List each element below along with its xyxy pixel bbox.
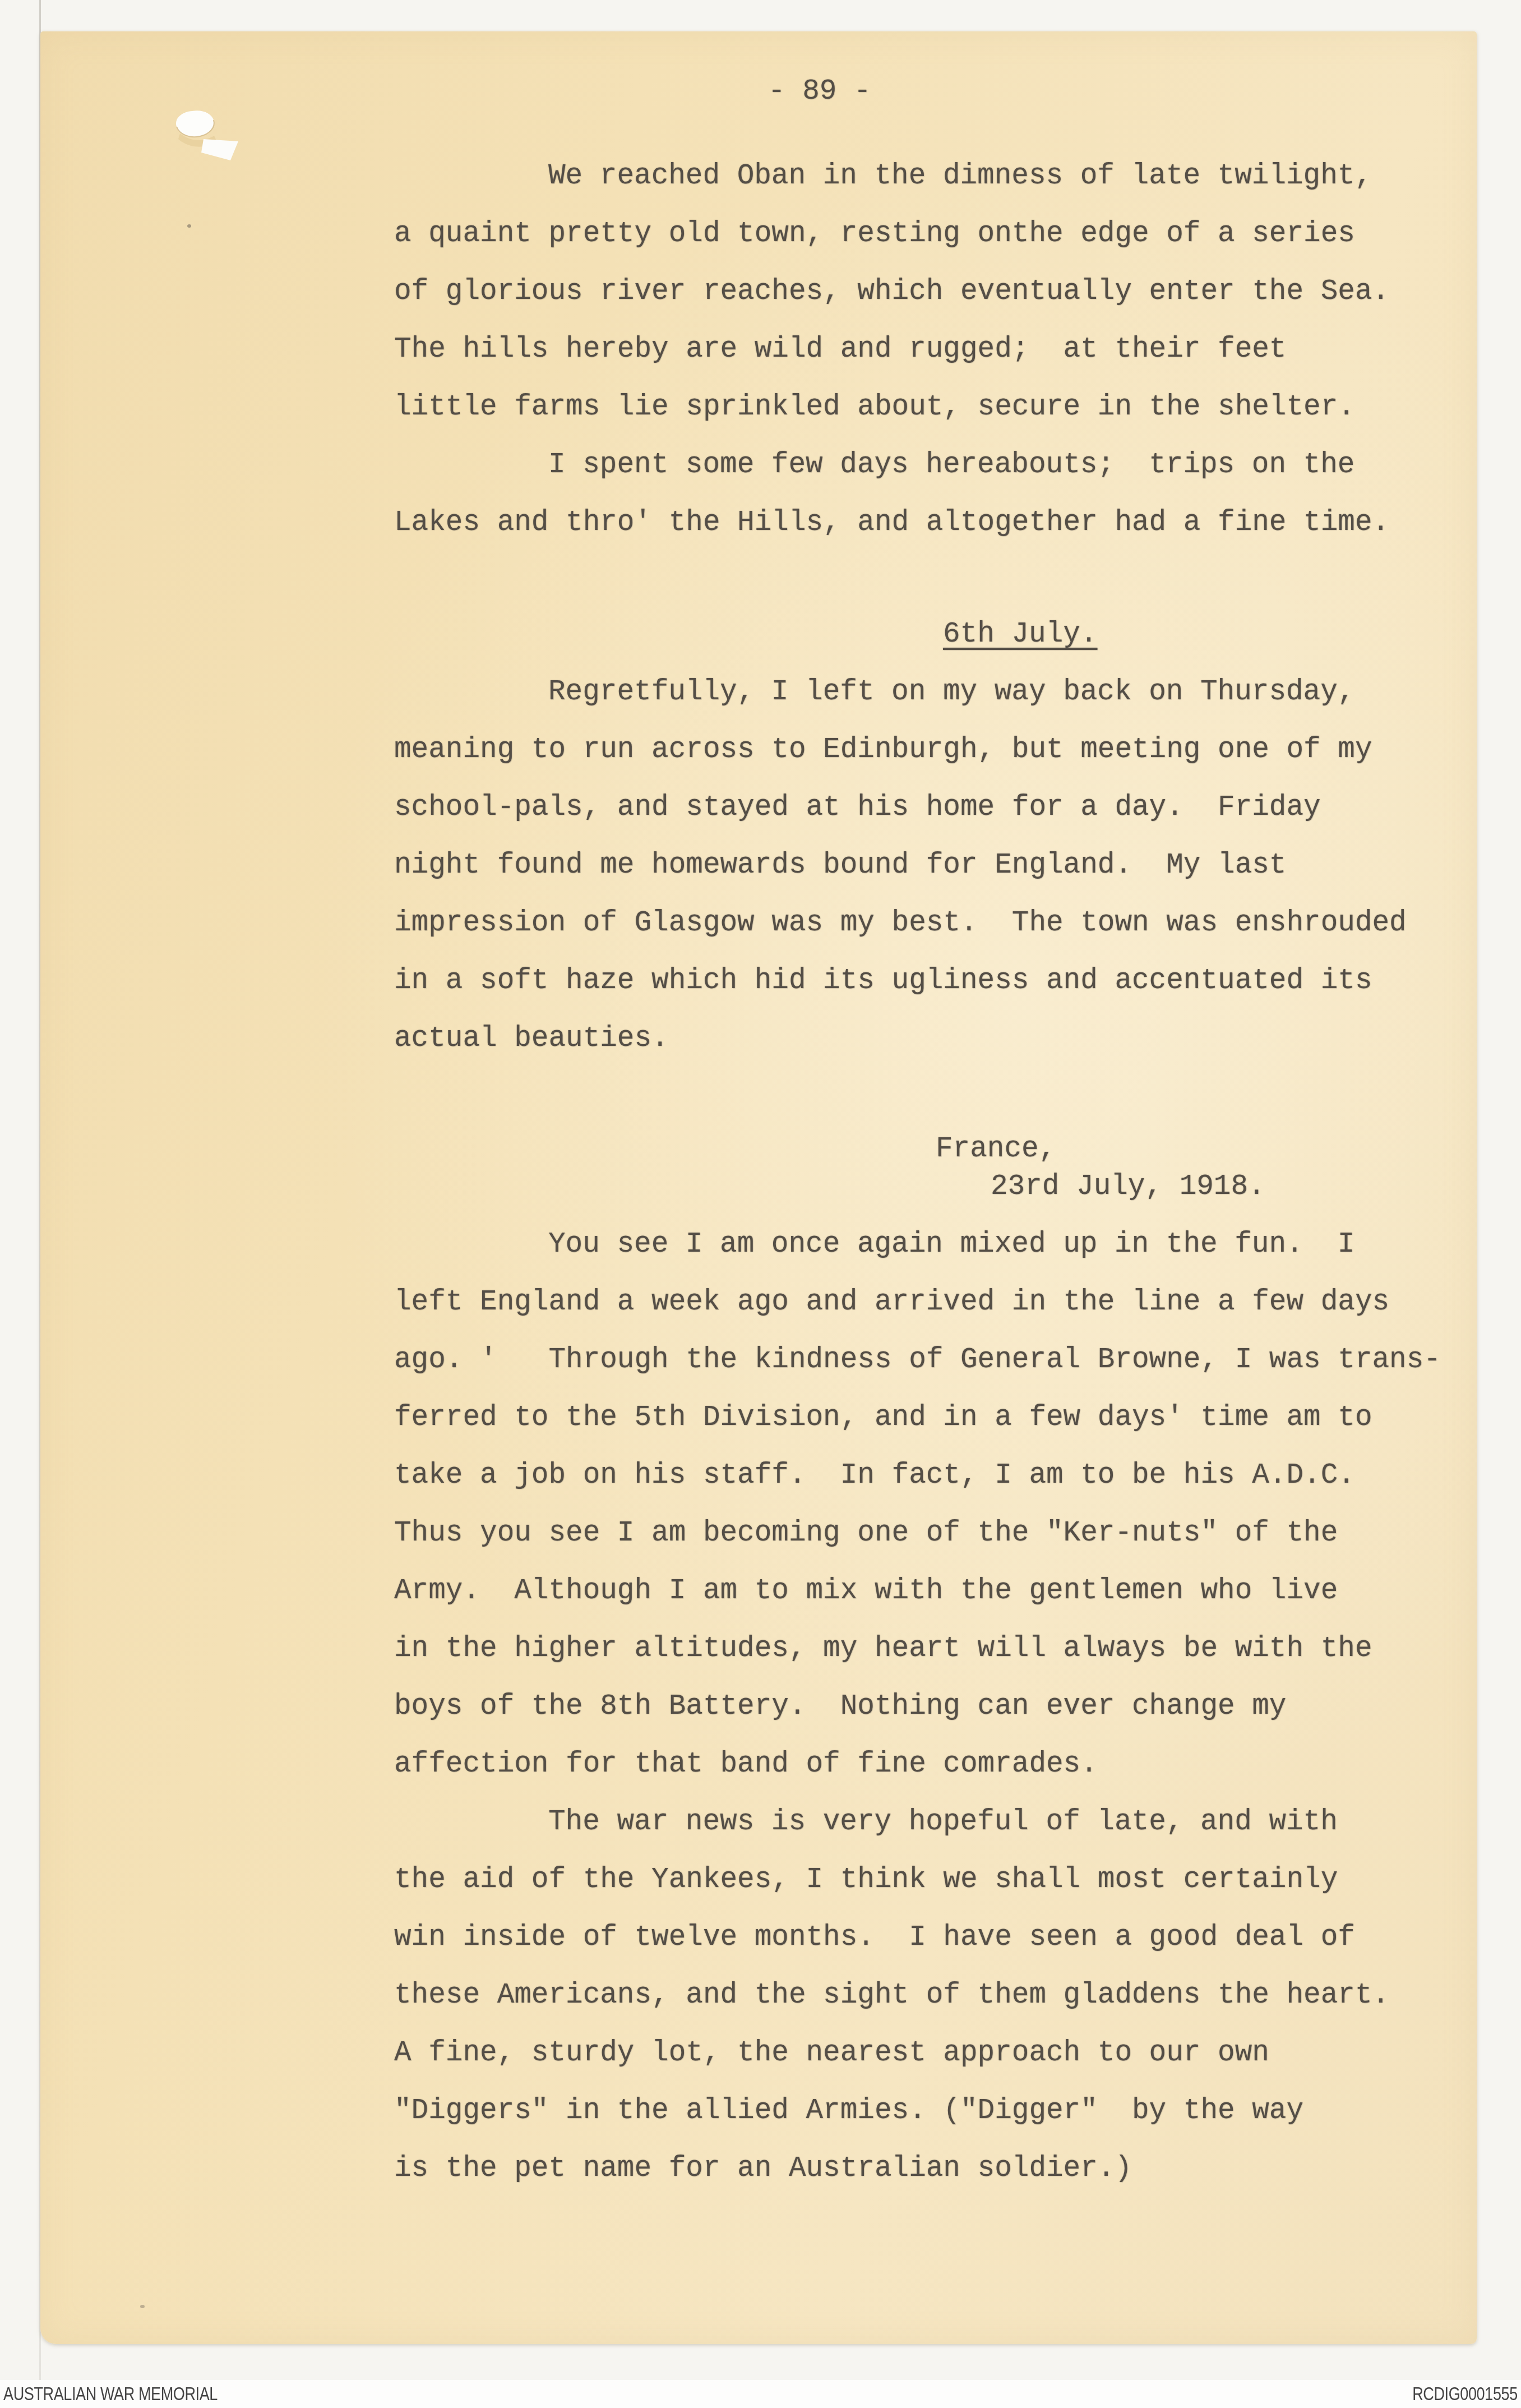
text-line: night found me homewards bound for Engla…	[394, 837, 1459, 894]
text-line: impression of Glasgow was my best. The t…	[394, 894, 1459, 952]
text-line: is the pet name for an Australian soldie…	[394, 2140, 1459, 2198]
text-line: in the higher altitudes, my heart will a…	[394, 1620, 1459, 1678]
text-line: in a soft haze which hid its ugliness an…	[394, 952, 1459, 1010]
text-line: We reached Oban in the dimness of late t…	[394, 147, 1459, 205]
text-line: little farms lie sprinkled about, secure…	[394, 379, 1459, 436]
document-page: - 89 - We reached Oban in the dimness of…	[40, 31, 1477, 2344]
text-line: school-pals, and stayed at his home for …	[394, 779, 1459, 837]
text-line: "Diggers" in the allied Armies. ("Digger…	[394, 2082, 1459, 2140]
text-line: The war news is very hopeful of late, an…	[394, 1793, 1459, 1851]
text-line: A fine, sturdy lot, the nearest approach…	[394, 2024, 1459, 2082]
text-line: Lakes and thro' the Hills, and altogethe…	[394, 494, 1459, 552]
text-line: Thus you see I am becoming one of the "K…	[394, 1505, 1459, 1562]
paper-tear	[167, 104, 251, 167]
text-line: meaning to run across to Edinburgh, but …	[394, 721, 1459, 779]
text-line: of glorious river reaches, which eventua…	[394, 263, 1459, 321]
text-line: take a job on his staff. In fact, I am t…	[394, 1447, 1459, 1505]
text-line: win inside of twelve months. I have seen…	[394, 1909, 1459, 1967]
text-line: I spent some few days hereabouts; trips …	[394, 436, 1459, 494]
text-line: a quaint pretty old town, resting onthe …	[394, 205, 1459, 263]
text-line: You see I am once again mixed up in the …	[394, 1216, 1459, 1274]
text-line: actual beauties.	[394, 1010, 1459, 1068]
scanned-document-view: - 89 - We reached Oban in the dimness of…	[0, 0, 1521, 2408]
typewritten-text-block: - 89 - We reached Oban in the dimness of…	[394, 63, 1459, 2198]
text-line: Regretfully, I left on my way back on Th…	[394, 663, 1459, 721]
text-line: ferred to the 5th Division, and in a few…	[394, 1389, 1459, 1447]
heading-6th-july: 6th July.	[394, 606, 1459, 663]
text-line: the aid of the Yankees, I think we shall…	[394, 1851, 1459, 1909]
text-line: The hills hereby are wild and rugged; at…	[394, 321, 1459, 379]
ink-speck	[140, 2305, 145, 2308]
text-line: ago. ' Through the kindness of General B…	[394, 1331, 1459, 1389]
reference-id: RCDIG0001555	[1412, 2383, 1518, 2405]
archive-footer-bar: AUSTRALIAN WAR MEMORIAL RCDIG0001555	[0, 2380, 1521, 2408]
text-line: Army. Although I am to mix with the gent…	[394, 1562, 1459, 1620]
text-line: affection for that band of fine comrades…	[394, 1736, 1459, 1793]
archive-label: AUSTRALIAN WAR MEMORIAL	[3, 2383, 218, 2405]
text-line: these Americans, and the sight of them g…	[394, 1967, 1459, 2024]
dateline-date: 23rd July, 1918.	[394, 1158, 1459, 1216]
page-number: - 89 -	[394, 63, 1459, 121]
text-line: boys of the 8th Battery. Nothing can eve…	[394, 1678, 1459, 1736]
ink-speck	[187, 224, 191, 228]
text-line: left England a week ago and arrived in t…	[394, 1274, 1459, 1331]
